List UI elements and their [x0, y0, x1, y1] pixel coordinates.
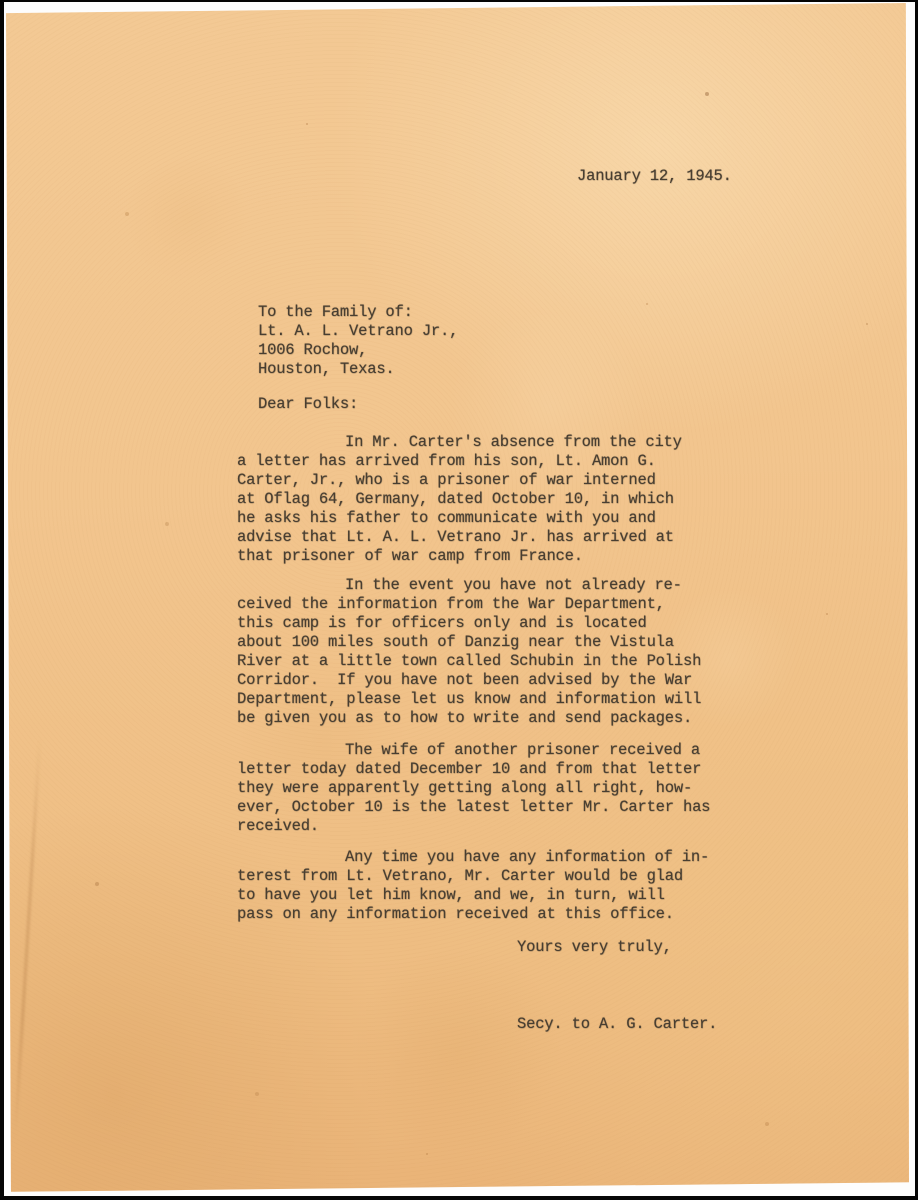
- salutation: Dear Folks:: [258, 395, 358, 414]
- body-paragraph-3: The wife of another prisoner received a …: [237, 741, 782, 836]
- signature-line: Secy. to A. G. Carter.: [517, 1015, 717, 1034]
- body-paragraph-4: Any time you have any information of in-…: [237, 848, 782, 924]
- body-paragraph-2: In the event you have not already re- ce…: [237, 576, 782, 728]
- complimentary-closing: Yours very truly,: [517, 938, 672, 957]
- paper-crease: [14, 738, 41, 1137]
- scanned-letter-page: January 12, 1945. To the Family of: Lt. …: [0, 0, 918, 1200]
- body-paragraph-1: In Mr. Carter's absence from the city a …: [237, 433, 782, 566]
- date-line: January 12, 1945.: [577, 167, 732, 186]
- letter-paper: January 12, 1945. To the Family of: Lt. …: [6, 3, 909, 1193]
- recipient-address: To the Family of: Lt. A. L. Vetrano Jr.,…: [258, 303, 458, 379]
